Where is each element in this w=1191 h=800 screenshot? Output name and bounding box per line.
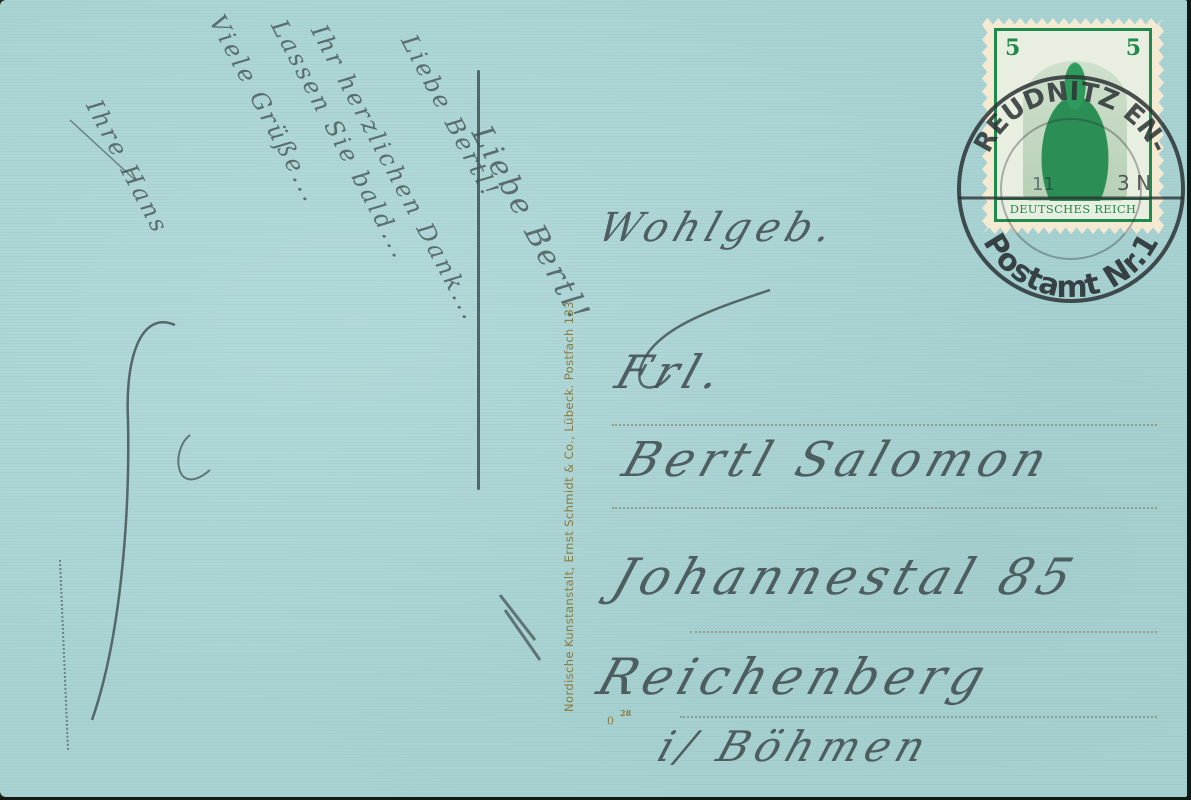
scan-edge-right bbox=[1187, 0, 1191, 800]
stamp-frame: 5 5 DEUTSCHES REICH bbox=[994, 28, 1152, 222]
address-line bbox=[690, 631, 1157, 633]
print-code-superscript: 28 bbox=[620, 708, 631, 718]
germania-figure-icon bbox=[1023, 61, 1127, 201]
stamp-value-left: 5 bbox=[1005, 35, 1020, 61]
stamp-country: DEUTSCHES REICH bbox=[997, 198, 1149, 216]
message-address-divider bbox=[477, 70, 480, 490]
postcard: Ihre Hans Viele Grüße... Lassen Sie bald… bbox=[0, 0, 1187, 797]
address-line bbox=[612, 424, 1157, 426]
address-street: Johannestal 85 bbox=[606, 548, 1086, 606]
print-code-main: 0 bbox=[607, 715, 614, 728]
postage-stamp: 5 5 DEUTSCHES REICH bbox=[982, 18, 1164, 234]
address-name: Bertl Salomon bbox=[616, 432, 1060, 488]
address-salutation: Wohlgeb. bbox=[593, 205, 845, 251]
address-region: i/ Böhmen bbox=[652, 722, 938, 771]
address-line bbox=[612, 507, 1157, 509]
postmark-bottom-text: Postamt Nr.1 bbox=[976, 227, 1166, 305]
svg-text:Postamt Nr.1: Postamt Nr.1 bbox=[976, 227, 1166, 305]
address-line bbox=[680, 716, 1157, 718]
handwriting-strokes bbox=[0, 0, 600, 797]
print-code: 028 bbox=[607, 712, 631, 728]
address-city: Reichenberg bbox=[591, 648, 999, 706]
stamp-value-right: 5 bbox=[1126, 35, 1141, 61]
publisher-imprint: Nordische Kunstanstalt, Ernst Schmidt & … bbox=[562, 301, 576, 712]
address-flourish bbox=[590, 280, 790, 420]
